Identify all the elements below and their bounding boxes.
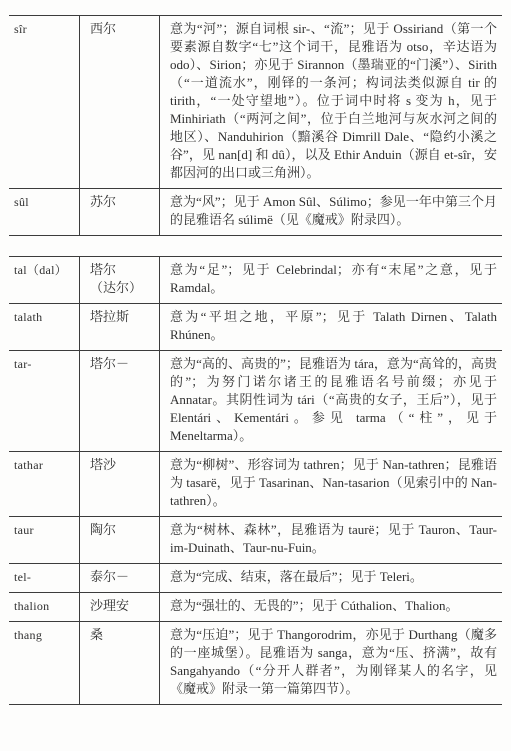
- table-row: tathar 塔沙 意为“柳树”、形容词为 tathren；见于 Nan-tat…: [9, 451, 502, 516]
- table-row: tal（dal） 塔尔 （达尔） 意为“足”；见于 Celebrindal；亦有…: [9, 257, 502, 303]
- glossary-transliteration: 塔沙: [80, 452, 160, 516]
- table-row: tel- 泰尔－ 意为“完成、结束，落在最后”；见于 Teleri。: [9, 563, 502, 592]
- glossary-definition: 意为“足”；见于 Celebrindal；亦有“末尾”之意，见于 Ramdal。: [160, 257, 502, 303]
- glossary-term: taur: [9, 517, 80, 563]
- glossary-transliteration: 桑: [80, 622, 160, 704]
- glossary-transliteration: 苏尔: [80, 189, 160, 235]
- glossary-definition: 意为“完成、结束，落在最后”；见于 Teleri。: [160, 564, 502, 592]
- glossary-transliteration: 西尔: [80, 16, 160, 188]
- glossary-transliteration: 塔尔－: [80, 351, 160, 451]
- glossary-table-1: sîr 西尔 意为“河”；源自词根 sir-、“流”；见于 Ossiriand（…: [9, 15, 502, 236]
- glossary-term: talath: [9, 304, 80, 350]
- glossary-table-2: tal（dal） 塔尔 （达尔） 意为“足”；见于 Celebrindal；亦有…: [9, 256, 502, 705]
- glossary-transliteration: 沙理安: [80, 593, 160, 621]
- glossary-transliteration: 塔拉斯: [80, 304, 160, 350]
- glossary-definition: 意为“河”；源自词根 sir-、“流”；见于 Ossiriand（第一个要素源自…: [160, 16, 502, 188]
- glossary-definition: 意为“柳树”、形容词为 tathren；见于 Nan-tathren；昆雅语为 …: [160, 452, 502, 516]
- table-row: sûl 苏尔 意为“风”；见于 Amon Sûl、Súlimo；参见一年中第三个…: [9, 188, 502, 235]
- table-row: thalion 沙理安 意为“强壮的、无畏的”；见于 Cúthalion、Tha…: [9, 592, 502, 621]
- glossary-term: tal（dal）: [9, 257, 80, 303]
- table-row: tar- 塔尔－ 意为“高的、高贵的”；昆雅语为 tára，意为“高耸的，高贵的…: [9, 350, 502, 451]
- glossary-term: thang: [9, 622, 80, 704]
- table-row: taur 陶尔 意为“树林、森林”，昆雅语为 taurë；见于 Tauron、T…: [9, 516, 502, 563]
- table-row: sîr 西尔 意为“河”；源自词根 sir-、“流”；见于 Ossiriand（…: [9, 16, 502, 188]
- glossary-term: tel-: [9, 564, 80, 592]
- glossary-transliteration: 塔尔 （达尔）: [80, 257, 160, 303]
- table-row: talath 塔拉斯 意为“平坦之地，平原”；见于 Talath Dirnen、…: [9, 303, 502, 350]
- glossary-term: thalion: [9, 593, 80, 621]
- book-page: sîr 西尔 意为“河”；源自词根 sir-、“流”；见于 Ossiriand（…: [0, 0, 511, 751]
- glossary-term: sîr: [9, 16, 80, 188]
- glossary-term: tathar: [9, 452, 80, 516]
- glossary-term: sûl: [9, 189, 80, 235]
- glossary-definition: 意为“风”；见于 Amon Sûl、Súlimo；参见一年中第三个月的昆雅语名 …: [160, 189, 502, 235]
- glossary-definition: 意为“树林、森林”，昆雅语为 taurë；见于 Tauron、Taur-im-D…: [160, 517, 502, 563]
- glossary-term: tar-: [9, 351, 80, 451]
- glossary-transliteration: 陶尔: [80, 517, 160, 563]
- glossary-definition: 意为“压迫”；见于 Thangorodrim，亦见于 Durthang（魔多的一…: [160, 622, 502, 704]
- glossary-transliteration: 泰尔－: [80, 564, 160, 592]
- glossary-definition: 意为“平坦之地，平原”；见于 Talath Dirnen、Talath Rhún…: [160, 304, 502, 350]
- table-row: thang 桑 意为“压迫”；见于 Thangorodrim，亦见于 Durth…: [9, 621, 502, 704]
- glossary-definition: 意为“高的、高贵的”；昆雅语为 tára，意为“高耸的，高贵的”；为努门诺尔诸王…: [160, 351, 502, 451]
- glossary-definition: 意为“强壮的、无畏的”；见于 Cúthalion、Thalion。: [160, 593, 502, 621]
